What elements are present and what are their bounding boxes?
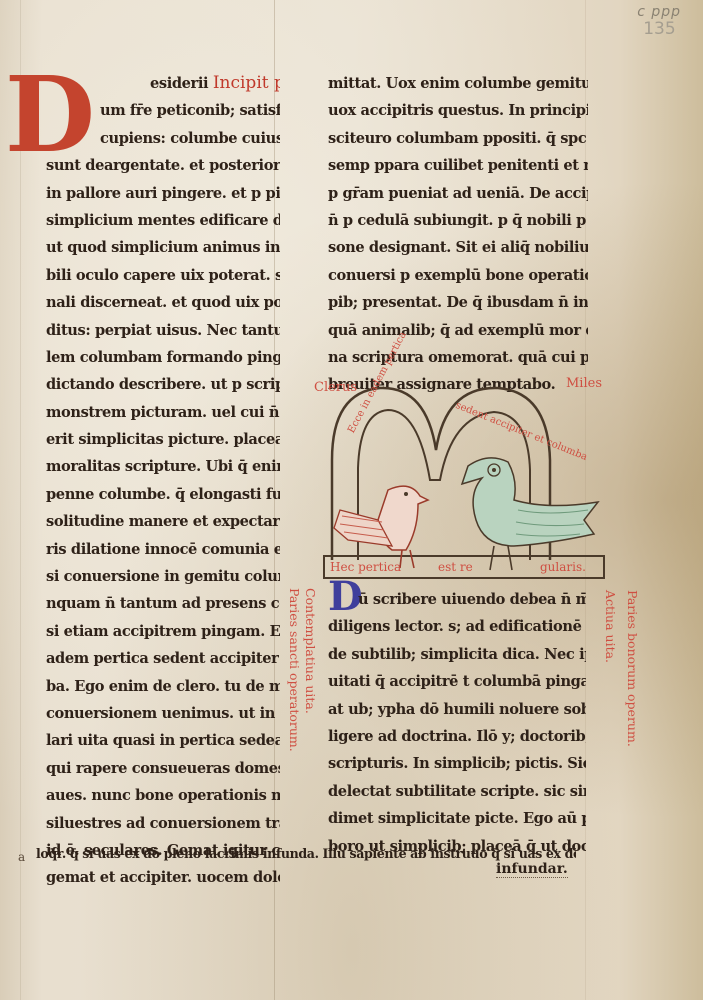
folio-number: 135 bbox=[637, 20, 681, 40]
text-line: p gr̄am pueniat ad ueniā. De accipitre bbox=[328, 180, 588, 207]
text-line: ditus: perpiat uisus. Nec tantum ui bbox=[30, 317, 280, 344]
rubric-incipit: Incipit plogus bbox=[213, 73, 280, 93]
text-line: uitati q̄ accipitrē t columbā pingam in … bbox=[328, 668, 586, 695]
text-line: lem columbam formando pingere. s; bbox=[30, 344, 280, 371]
text-line: esiderii Incipit plogus bbox=[30, 70, 280, 97]
right-column-top: mittat. Uox enim columbe gemitus: uox ac… bbox=[328, 70, 588, 399]
label-clerus: Clerus bbox=[314, 380, 357, 395]
perch-inscription-3: gularis. bbox=[540, 560, 586, 574]
text-line: de subtilib; simplicita dica. Nec ipuret… bbox=[328, 641, 586, 668]
text-line: aues. nunc bone operationis manum bbox=[30, 782, 280, 809]
text-line: siluestres ad conuersionem trahas. bbox=[30, 810, 280, 837]
text-line: si etiam accipitrem pingam. Ecce in e bbox=[30, 618, 280, 645]
text-line: bili oculo capere uix poterat. saltem c bbox=[30, 262, 280, 289]
text-line: boro ut simplicib; placeā q̄ ut doctorib… bbox=[328, 833, 586, 860]
foliation: c ppp 135 bbox=[637, 4, 681, 40]
catchword: infundar. bbox=[496, 861, 568, 878]
text-line: ligere ad doctrina. Ilō y; doctorib; inn… bbox=[328, 723, 586, 750]
text-line: nquam n̄ tantum ad presens columbā. bbox=[30, 590, 280, 617]
text-line: quā animalib; q̄ ad exemplū mor dum bbox=[328, 317, 588, 344]
line-marker: a bbox=[18, 850, 25, 864]
marginal-note-paries-bonorum: Paries bonorum operum. bbox=[625, 590, 640, 747]
text-line: sone designant. Sit ei aliq̄ nobilium bbox=[328, 234, 588, 261]
text-line: qui rapere consueueras domesticas bbox=[30, 755, 280, 782]
text-line: simplicium mentes edificare decreui bbox=[30, 207, 280, 234]
shelfmark: c ppp bbox=[637, 4, 681, 20]
text-line: si conuersione in gemitu columbino: t bbox=[30, 563, 280, 590]
text-line: delectat subtilitate scripte. sic simpli… bbox=[328, 778, 586, 805]
text-line: pib; presentat. De q̄ ibusdam n̄ in tā n… bbox=[328, 289, 588, 316]
text-line-start: esiderii bbox=[150, 75, 208, 92]
text-line: monstrem picturam. uel cui n̄ placi bbox=[30, 399, 280, 426]
dove-and-hawk-illustration: Clerus Miles Ecce in eadem pertica seden… bbox=[318, 370, 608, 590]
text-line: um fr̄e peticonib; satisface bbox=[30, 97, 280, 124]
right-column-bottom: ū scribere uiuendo debea n̄ m̄ret dilige… bbox=[328, 586, 586, 860]
text-line: ut quod simplicium animus intellig bbox=[30, 234, 280, 261]
text-line: scripturis. In simplicib; pictis. Sic y;… bbox=[328, 750, 586, 777]
text-line: adem pertica sedent accipiter et colum bbox=[30, 645, 280, 672]
text-line: at ub; ypha dō humili noluere sobrie bbox=[328, 696, 586, 723]
marginal-note-contemplativa: Contemplatiua uita. bbox=[303, 588, 318, 714]
text-line: moralitas scripture. Ubi q̄ enim dare su… bbox=[30, 453, 280, 480]
text-line: in pallore auri pingere. et p picturam bbox=[30, 180, 280, 207]
text-line: gemat et accipiter. uocem dolens e bbox=[30, 864, 280, 891]
marginal-note-paries-sancti: Paries sancti operatorum. bbox=[287, 588, 302, 752]
text-line: semp ppara cuilibet penitenti et n bbox=[328, 152, 588, 179]
text-line: ris dilatione innocē comunia eralceus. bbox=[30, 536, 280, 563]
text-line: sunt deargentate. et posteriora dorsi e bbox=[30, 152, 280, 179]
text-line: uox accipitris questus. In principio hu … bbox=[328, 97, 588, 124]
text-line: n̄ p cedulā subiungit. p q̄ nobili p bbox=[328, 207, 588, 234]
text-line: ba. Ego enim de clero. tu de militia. ad bbox=[30, 673, 280, 700]
text-line: nali discerneat. et quod uix poterat a bbox=[30, 289, 280, 316]
text-line: penne columbe. q̄ elongasti fugiens et i bbox=[30, 481, 280, 508]
text-line: solitudine manere et expectare q̄ n̄ q bbox=[30, 508, 280, 535]
left-column: esiderii Incipit plogus um fr̄e peticoni… bbox=[30, 70, 280, 892]
text-line: cupiens: columbe cuius penn bbox=[30, 125, 280, 152]
text-line: dimet simplicitate picte. Ego aū pl' la bbox=[328, 805, 586, 832]
text-line: sciteuro columbam ppositi. q̄ spc sci gr… bbox=[328, 125, 588, 152]
perch-inscription-1: Hec pertica bbox=[330, 560, 401, 574]
text-line: ū scribere uiuendo debea n̄ m̄ret bbox=[328, 586, 586, 613]
text-line: dictando describere. ut p scripturam e bbox=[30, 371, 280, 398]
text-line: diligens lector. s; ad edificationē ultr… bbox=[328, 613, 586, 640]
text-line: conuersionem uenimus. ut in regu bbox=[30, 700, 280, 727]
label-miles: Miles bbox=[566, 376, 602, 391]
manuscript-page: c ppp 135 D esiderii Incipit plogus um f… bbox=[0, 0, 703, 1000]
text-line: conuersi p exemplū bone operationis pan bbox=[328, 262, 588, 289]
perch-inscription-2: est re bbox=[438, 560, 473, 574]
marginal-note-activa: Actiua uita. bbox=[603, 590, 618, 663]
text-line: mittat. Uox enim columbe gemitus: bbox=[328, 70, 588, 97]
text-line: lari uita quasi in pertica sedeamus. et bbox=[30, 727, 280, 754]
text-line: erit simplicitas picture. placeat salte bbox=[30, 426, 280, 453]
text-line: na scriptura omemorat. quā cui potero bbox=[328, 344, 588, 371]
